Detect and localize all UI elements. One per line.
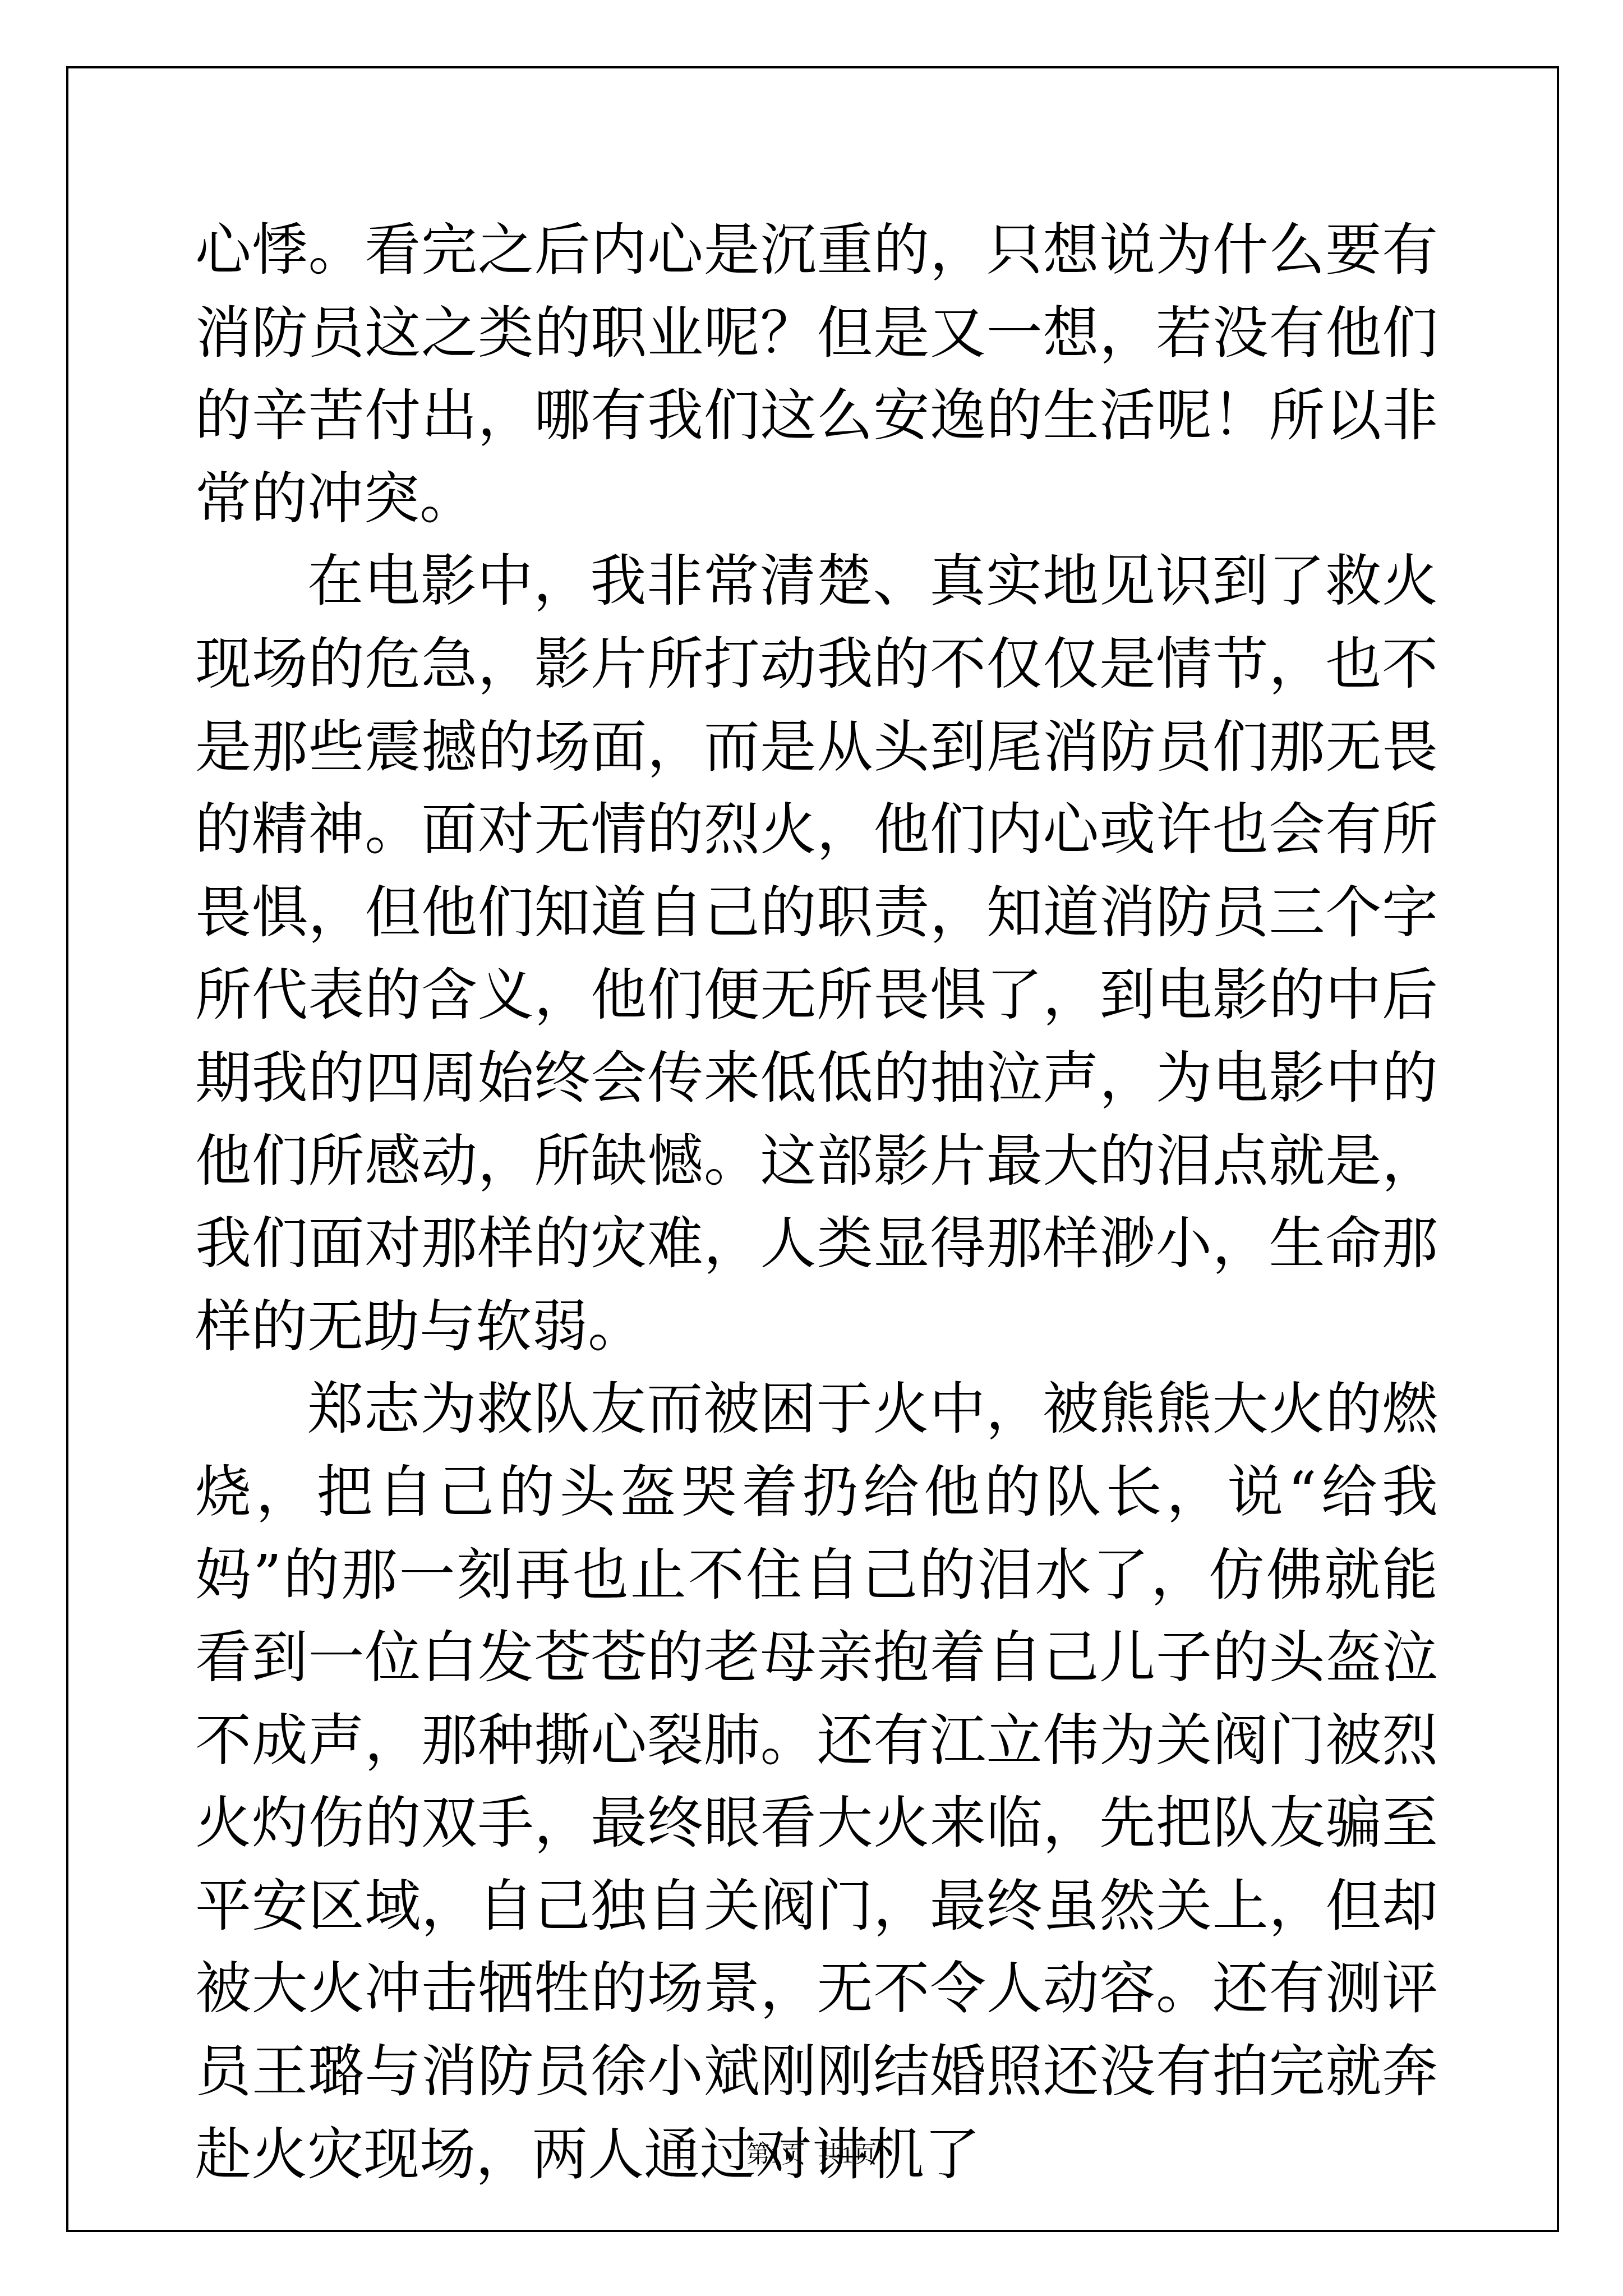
- document-body: 心悸。看完之后内心是沉重的，只想说为什么要有消防员这之类的职业呢？但是又一想，若…: [195, 209, 1438, 2196]
- paragraph-1: 心悸。看完之后内心是沉重的，只想说为什么要有消防员这之类的职业呢？但是又一想，若…: [195, 209, 1438, 540]
- page-number: 第1页: [746, 2142, 805, 2168]
- paragraph-2: 在电影中，我非常清楚、真实地见识到了救火现场的危急，影片所打动我的不仅仅是情节，…: [195, 540, 1438, 1368]
- page-total: 共1页: [818, 2142, 877, 2168]
- page-footer: 第1页 共1页: [0, 2136, 1623, 2170]
- paragraph-3: 郑志为救队友而被困于火中，被熊熊大火的燃烧，把自己的头盔哭着扔给他的队长，说“给…: [195, 1368, 1438, 2196]
